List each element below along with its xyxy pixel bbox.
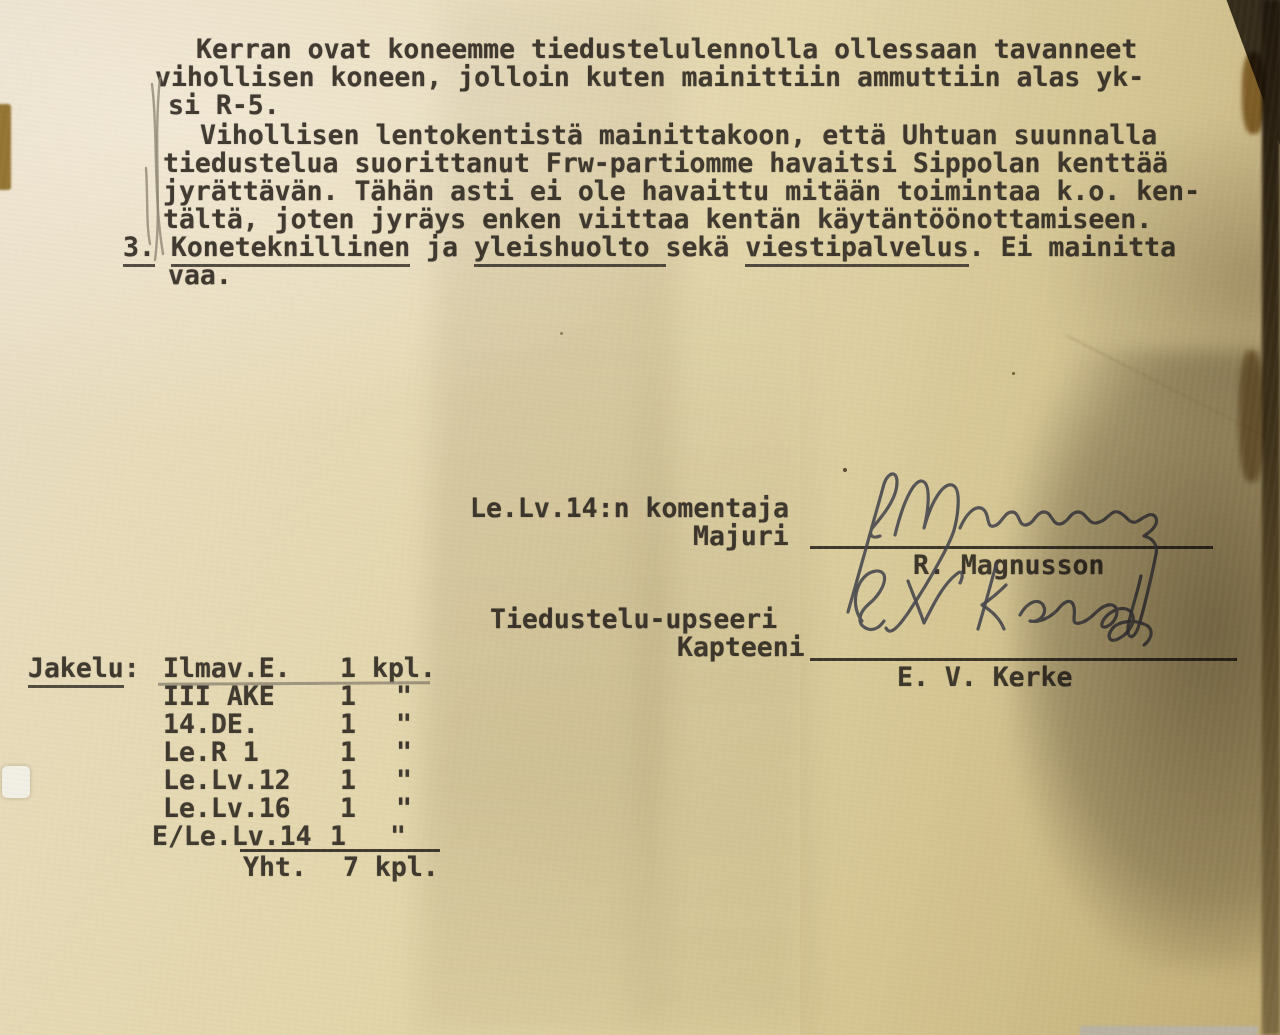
distribution-row-unit: " — [396, 711, 412, 739]
body-line-p2-1: Vihollisen lentokentistä mainittakoon, e… — [200, 122, 1157, 150]
corner-shadow-topright — [1198, 0, 1280, 163]
item-3-number: 3. — [123, 232, 155, 267]
left-edge-stain — [0, 104, 11, 190]
item-3-tail: . Ei mainitta — [969, 232, 1176, 263]
distribution-row-count: 1 — [340, 795, 356, 823]
distribution-row-count: 1 — [340, 767, 356, 795]
distribution-label: Jakelu: — [28, 655, 140, 683]
commander-printed-name: R. Magnusson — [913, 552, 1104, 580]
body-line-p3-2: vaa. — [168, 262, 232, 290]
heading-viestipalvelus: viestipalvelus — [745, 232, 968, 267]
distribution-row-count: 1 — [330, 823, 346, 851]
commander-signature-line — [810, 546, 1213, 549]
distribution-row-count: 1 — [340, 655, 356, 683]
distribution-row-count: 1 — [340, 739, 356, 767]
item-3-spacer — [155, 232, 171, 263]
intel-printed-name: E. V. Kerke — [897, 664, 1073, 692]
distribution-row-name: Ilmav.E. — [163, 655, 291, 683]
commander-role: Le.Lv.14:n komentaja — [470, 495, 789, 523]
distribution-row-unit: " — [396, 739, 412, 767]
body-line-p1-3: si R-5. — [168, 92, 280, 120]
paper-crease — [1065, 334, 1280, 467]
distribution-row-unit: kpl. — [372, 655, 436, 683]
distribution-row-name: III AKE — [163, 683, 275, 711]
intel-officer-role: Tiedustelu-upseeri — [490, 606, 777, 634]
paper-speck — [843, 468, 847, 472]
intel-signature-line — [810, 658, 1237, 661]
paper-speck — [1012, 372, 1015, 375]
scanner-bed-strip — [1080, 1026, 1258, 1035]
body-line-p2-4: tältä, joten jyräys enken viittaa kentän… — [163, 206, 1152, 234]
intel-officer-rank: Kapteeni — [677, 634, 805, 662]
body-line-p1-1: Kerran ovat koneemme tiedustelulennolla … — [196, 36, 1137, 64]
body-line-p1-2: vihollisen koneen, jolloin kuten mainitt… — [155, 64, 1144, 92]
distribution-row-name: E/Le.Lv.14 — [152, 823, 312, 851]
white-sticker — [2, 766, 30, 798]
distribution-total-label: Yht. — [243, 854, 307, 882]
item-3-sep1: ja — [410, 232, 474, 263]
edge-stain-middle — [1239, 350, 1264, 482]
distribution-row-name: Le.Lv.16 — [163, 795, 291, 823]
commander-rank: Majuri — [693, 523, 789, 551]
distribution-row-unit: " — [396, 795, 412, 823]
item-3-sep2: sekä — [666, 232, 746, 263]
paper-speck — [560, 332, 563, 335]
scanned-document-page: Kerran ovat koneemme tiedustelulennolla … — [0, 0, 1280, 1035]
distribution-row-unit: " — [390, 823, 406, 851]
edge-stain-top — [1242, 52, 1265, 134]
heading-yleishuolto: yleishuolto — [474, 232, 665, 267]
distribution-row-unit: " — [396, 683, 412, 711]
body-line-p2-3: jyrättävän. Tähän asti ei ole havaittu m… — [163, 178, 1200, 206]
paper-right-edge — [1262, 0, 1280, 1035]
distribution-row-name: Le.R 1 — [163, 739, 259, 767]
distribution-row-count: 1 — [340, 683, 356, 711]
distribution-row-name: Le.Lv.12 — [163, 767, 291, 795]
distribution-label-text: Jakelu — [28, 653, 124, 688]
item-3-line: 3. Koneteknillinen ja yleishuolto sekä v… — [123, 234, 1176, 262]
distribution-row-unit: " — [396, 767, 412, 795]
distribution-label-colon: : — [124, 653, 140, 684]
distribution-row-name: 14.DE. — [163, 711, 259, 739]
distribution-total-value: 7 kpl. — [343, 854, 439, 882]
body-line-p2-2: tiedustelua suorittanut Frw-partiomme ha… — [163, 150, 1168, 178]
distribution-row-count: 1 — [340, 711, 356, 739]
